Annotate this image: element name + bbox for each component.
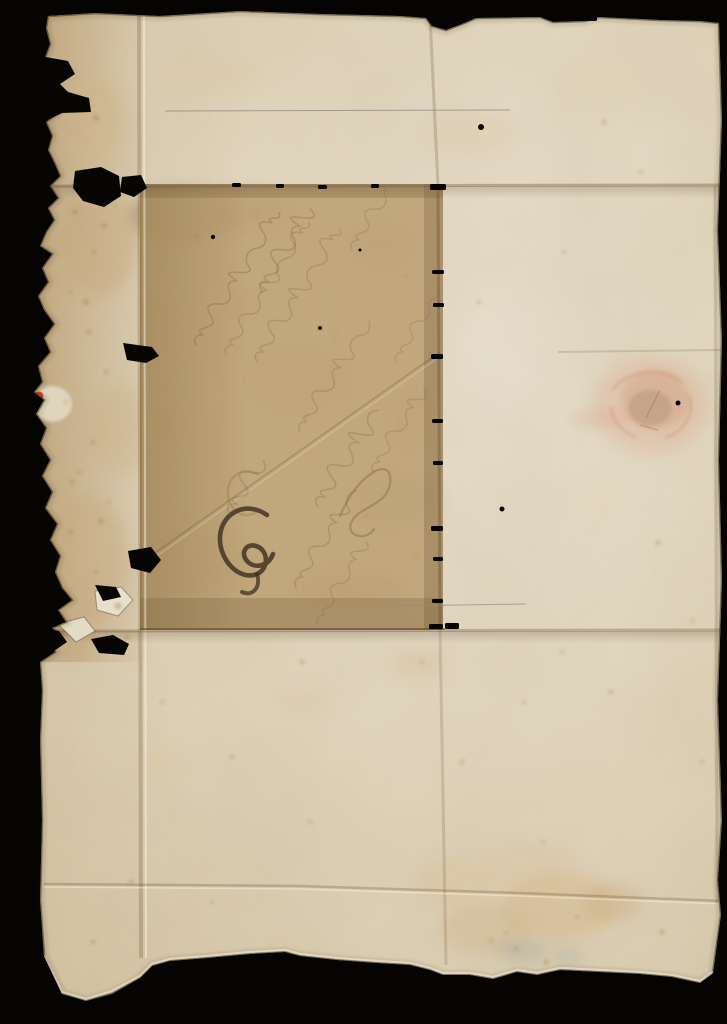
freckle-spot bbox=[544, 960, 549, 965]
freckle-spot bbox=[93, 115, 99, 121]
stain-blotch bbox=[550, 58, 650, 102]
freckle-spot bbox=[194, 234, 198, 238]
freckle-spot bbox=[254, 214, 258, 218]
vertical-crease-center bbox=[438, 186, 440, 630]
freckle-spot bbox=[541, 840, 545, 844]
ink-speck bbox=[211, 235, 215, 239]
freckle-spot bbox=[210, 900, 214, 904]
freckle-spot bbox=[334, 334, 338, 338]
freckle-spot bbox=[107, 500, 111, 504]
panel-bottom-band bbox=[140, 598, 443, 630]
freckle-spot bbox=[91, 440, 96, 445]
freckle-spot bbox=[364, 514, 368, 518]
freckle-spot bbox=[102, 224, 107, 229]
freckle-spot bbox=[91, 940, 96, 945]
stain-blotch bbox=[635, 245, 685, 275]
ink-speck bbox=[676, 401, 681, 406]
freckle-spot bbox=[94, 570, 98, 574]
freckle-spot bbox=[514, 947, 518, 951]
stitch-tear bbox=[432, 599, 443, 603]
horizontal-fold-top bbox=[48, 185, 722, 186]
freckle-spot bbox=[77, 470, 81, 474]
freckle-spot bbox=[404, 274, 408, 278]
freckle-spot bbox=[160, 700, 164, 704]
ink-speck bbox=[359, 249, 362, 252]
freckle-spot bbox=[477, 300, 481, 304]
freckle-spot bbox=[522, 700, 526, 704]
freckle-spot bbox=[700, 760, 704, 764]
freckle-spot bbox=[414, 554, 418, 558]
freckle-spot bbox=[83, 299, 89, 305]
freckle-spot bbox=[70, 480, 75, 485]
horizontal-fold-middle bbox=[44, 630, 722, 631]
stain-blotch bbox=[582, 882, 642, 922]
stitch-tear bbox=[318, 185, 327, 189]
stitch-tear bbox=[371, 184, 379, 188]
freckle-spot bbox=[87, 330, 92, 335]
stain-blotch bbox=[666, 668, 710, 744]
freckle-spot bbox=[129, 880, 134, 885]
stain-blotch bbox=[274, 688, 326, 712]
freckle-spot bbox=[92, 250, 96, 254]
stitch-tear bbox=[232, 183, 241, 187]
stain-blotch bbox=[572, 482, 628, 518]
stitch-tear bbox=[433, 557, 443, 561]
stain-blotch bbox=[425, 115, 515, 155]
stitch-tear bbox=[433, 303, 444, 307]
stain-blotch bbox=[552, 949, 584, 965]
ink-speck bbox=[500, 507, 505, 512]
stitch-tear bbox=[445, 623, 459, 629]
stitch-tear bbox=[431, 354, 443, 359]
freckle-spot bbox=[69, 530, 74, 535]
freckle-spot bbox=[560, 650, 564, 654]
freckle-spot bbox=[460, 760, 465, 765]
freckle-spot bbox=[98, 518, 104, 524]
freckle-spot bbox=[575, 915, 579, 919]
freckle-spot bbox=[73, 210, 78, 215]
paper-surface bbox=[30, 5, 727, 1020]
stitch-tear bbox=[553, 16, 575, 21]
stitch-tear bbox=[433, 461, 443, 465]
freckle-spot bbox=[489, 939, 493, 943]
freckle-spot bbox=[504, 931, 508, 935]
freckle-spot bbox=[420, 660, 424, 664]
freckle-spot bbox=[602, 120, 607, 125]
freckle-spot bbox=[660, 930, 665, 935]
stitch-tear bbox=[276, 184, 284, 188]
stitch-tear bbox=[430, 184, 446, 190]
stitch-tear bbox=[585, 15, 597, 21]
freckle-spot bbox=[68, 290, 72, 294]
freckle-spot bbox=[308, 820, 312, 824]
freckle-spot bbox=[300, 660, 305, 665]
freckle-spot bbox=[656, 541, 661, 546]
freckle-spot bbox=[304, 414, 308, 418]
document-scan bbox=[0, 0, 727, 1024]
freckle-spot bbox=[184, 514, 188, 518]
freckle-spot bbox=[115, 603, 122, 610]
freckle-spot bbox=[125, 635, 130, 640]
ink-speck bbox=[478, 124, 484, 130]
stain-blotch bbox=[496, 940, 548, 962]
scanner-bed bbox=[0, 0, 727, 1024]
stitch-tear bbox=[429, 624, 443, 629]
freckle-spot bbox=[562, 250, 566, 254]
freckle-spot bbox=[609, 690, 614, 695]
stain-blotch bbox=[155, 57, 265, 93]
ink-speck bbox=[318, 326, 322, 330]
stitch-tear bbox=[432, 419, 443, 423]
freckle-spot bbox=[639, 170, 643, 174]
middle-fold-shadow bbox=[44, 631, 722, 643]
vertical-crease-left bbox=[139, 16, 141, 958]
stitch-tear bbox=[432, 270, 444, 274]
stained-address-panel bbox=[140, 184, 443, 630]
freckle-spot bbox=[104, 370, 108, 374]
freckle-spot bbox=[230, 755, 235, 760]
seal-core bbox=[628, 390, 672, 426]
stain-blotch bbox=[480, 842, 580, 898]
seal-streak bbox=[570, 408, 630, 428]
stitch-tear bbox=[431, 526, 443, 531]
freckle-spot bbox=[691, 619, 695, 623]
freckle-spot bbox=[64, 400, 68, 404]
